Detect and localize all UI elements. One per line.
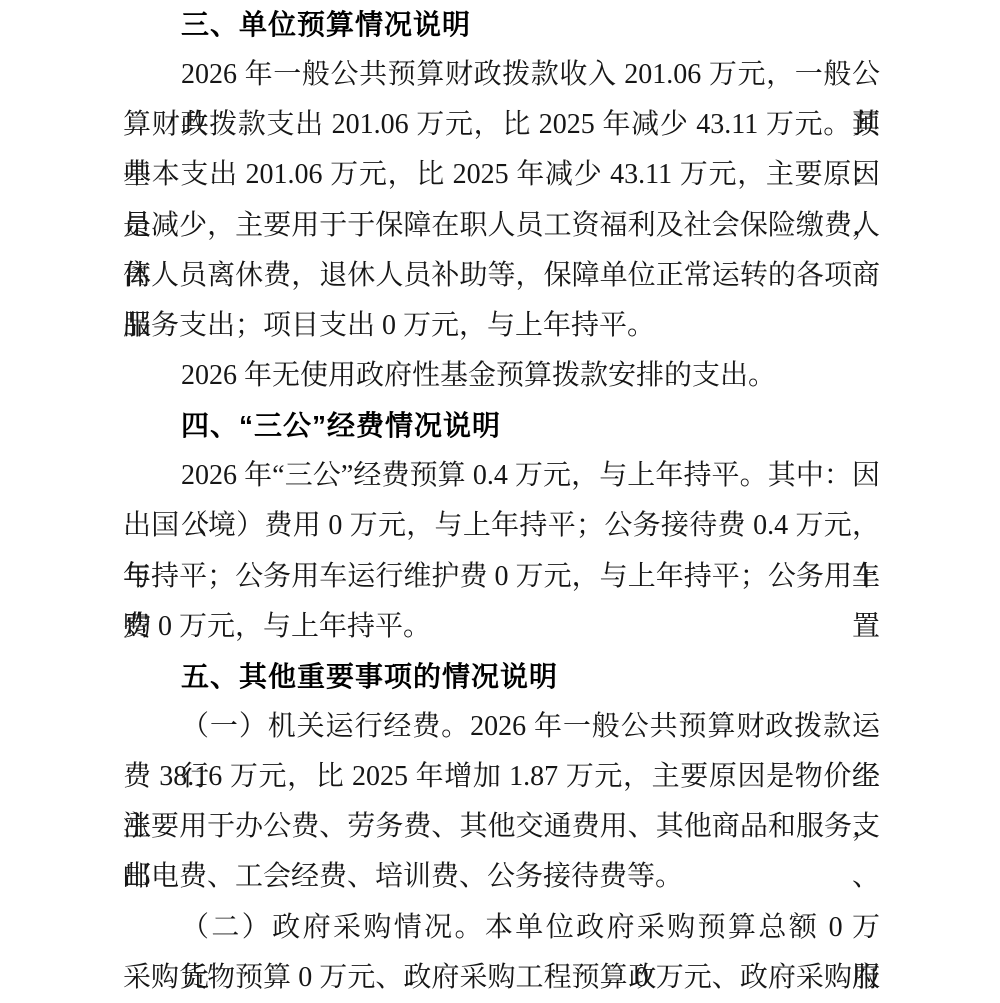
- text-line: （二）政府采购情况。本单位政府采购预算总额 0 万元：政府: [123, 903, 880, 953]
- text-line: 2026 年“三公”经费预算 0.4 万元，与上年持平。其中：因公: [123, 451, 880, 501]
- section-heading-other-important-matters: 五、其他重要事项的情况说明: [123, 652, 880, 702]
- section-heading-three-public-expenses: 四、“三公”经费情况说明: [123, 401, 880, 451]
- text-line: 采购货物预算 0 万元、政府采购工程预算 0 万元、政府采购服务预: [123, 953, 880, 1003]
- text-line: 算财政拨款支出 201.06 万元，比 2025 年减少 43.11 万元。其中…: [123, 100, 880, 150]
- text-line: 2026 年无使用政府性基金预算拨款安排的支出。: [123, 351, 880, 401]
- text-line: 出国（境）费用 0 万元，与上年持平；公务接待费 0.4 万元，与上: [123, 501, 880, 551]
- text-line: （一）机关运行经费。2026 年一般公共预算财政拨款运行经: [123, 702, 880, 752]
- document-content: 三、单位预算情况说明 2026 年一般公共预算财政拨款收入 201.06 万元，…: [123, 0, 880, 1003]
- text-line: 主要用于办公费、劳务费、其他交通费用、其他商品和服务支出、: [123, 802, 880, 852]
- text-line: 服务支出；项目支出 0 万元，与上年持平。: [123, 301, 880, 351]
- text-line: 休人员离休费，退休人员补助等，保障单位正常运转的各项商品: [123, 251, 880, 301]
- document-page: 三、单位预算情况说明 2026 年一般公共预算财政拨款收入 201.06 万元，…: [0, 0, 1000, 1003]
- text-line: 基本支出 201.06 万元，比 2025 年减少 43.11 万元，主要原因是…: [123, 150, 880, 200]
- section-heading-budget-overview: 三、单位预算情况说明: [123, 0, 880, 50]
- text-line: 年持平；公务用车运行维护费 0 万元，与上年持平；公务用车购置: [123, 552, 880, 602]
- text-line: 费 38.16 万元，比 2025 年增加 1.87 万元，主要原因是物价上涨，: [123, 752, 880, 802]
- text-line: 2026 年一般公共预算财政拨款收入 201.06 万元，一般公共预: [123, 50, 880, 100]
- text-line: 员减少，主要用于于保障在职人员工资福利及社会保险缴费，离: [123, 201, 880, 251]
